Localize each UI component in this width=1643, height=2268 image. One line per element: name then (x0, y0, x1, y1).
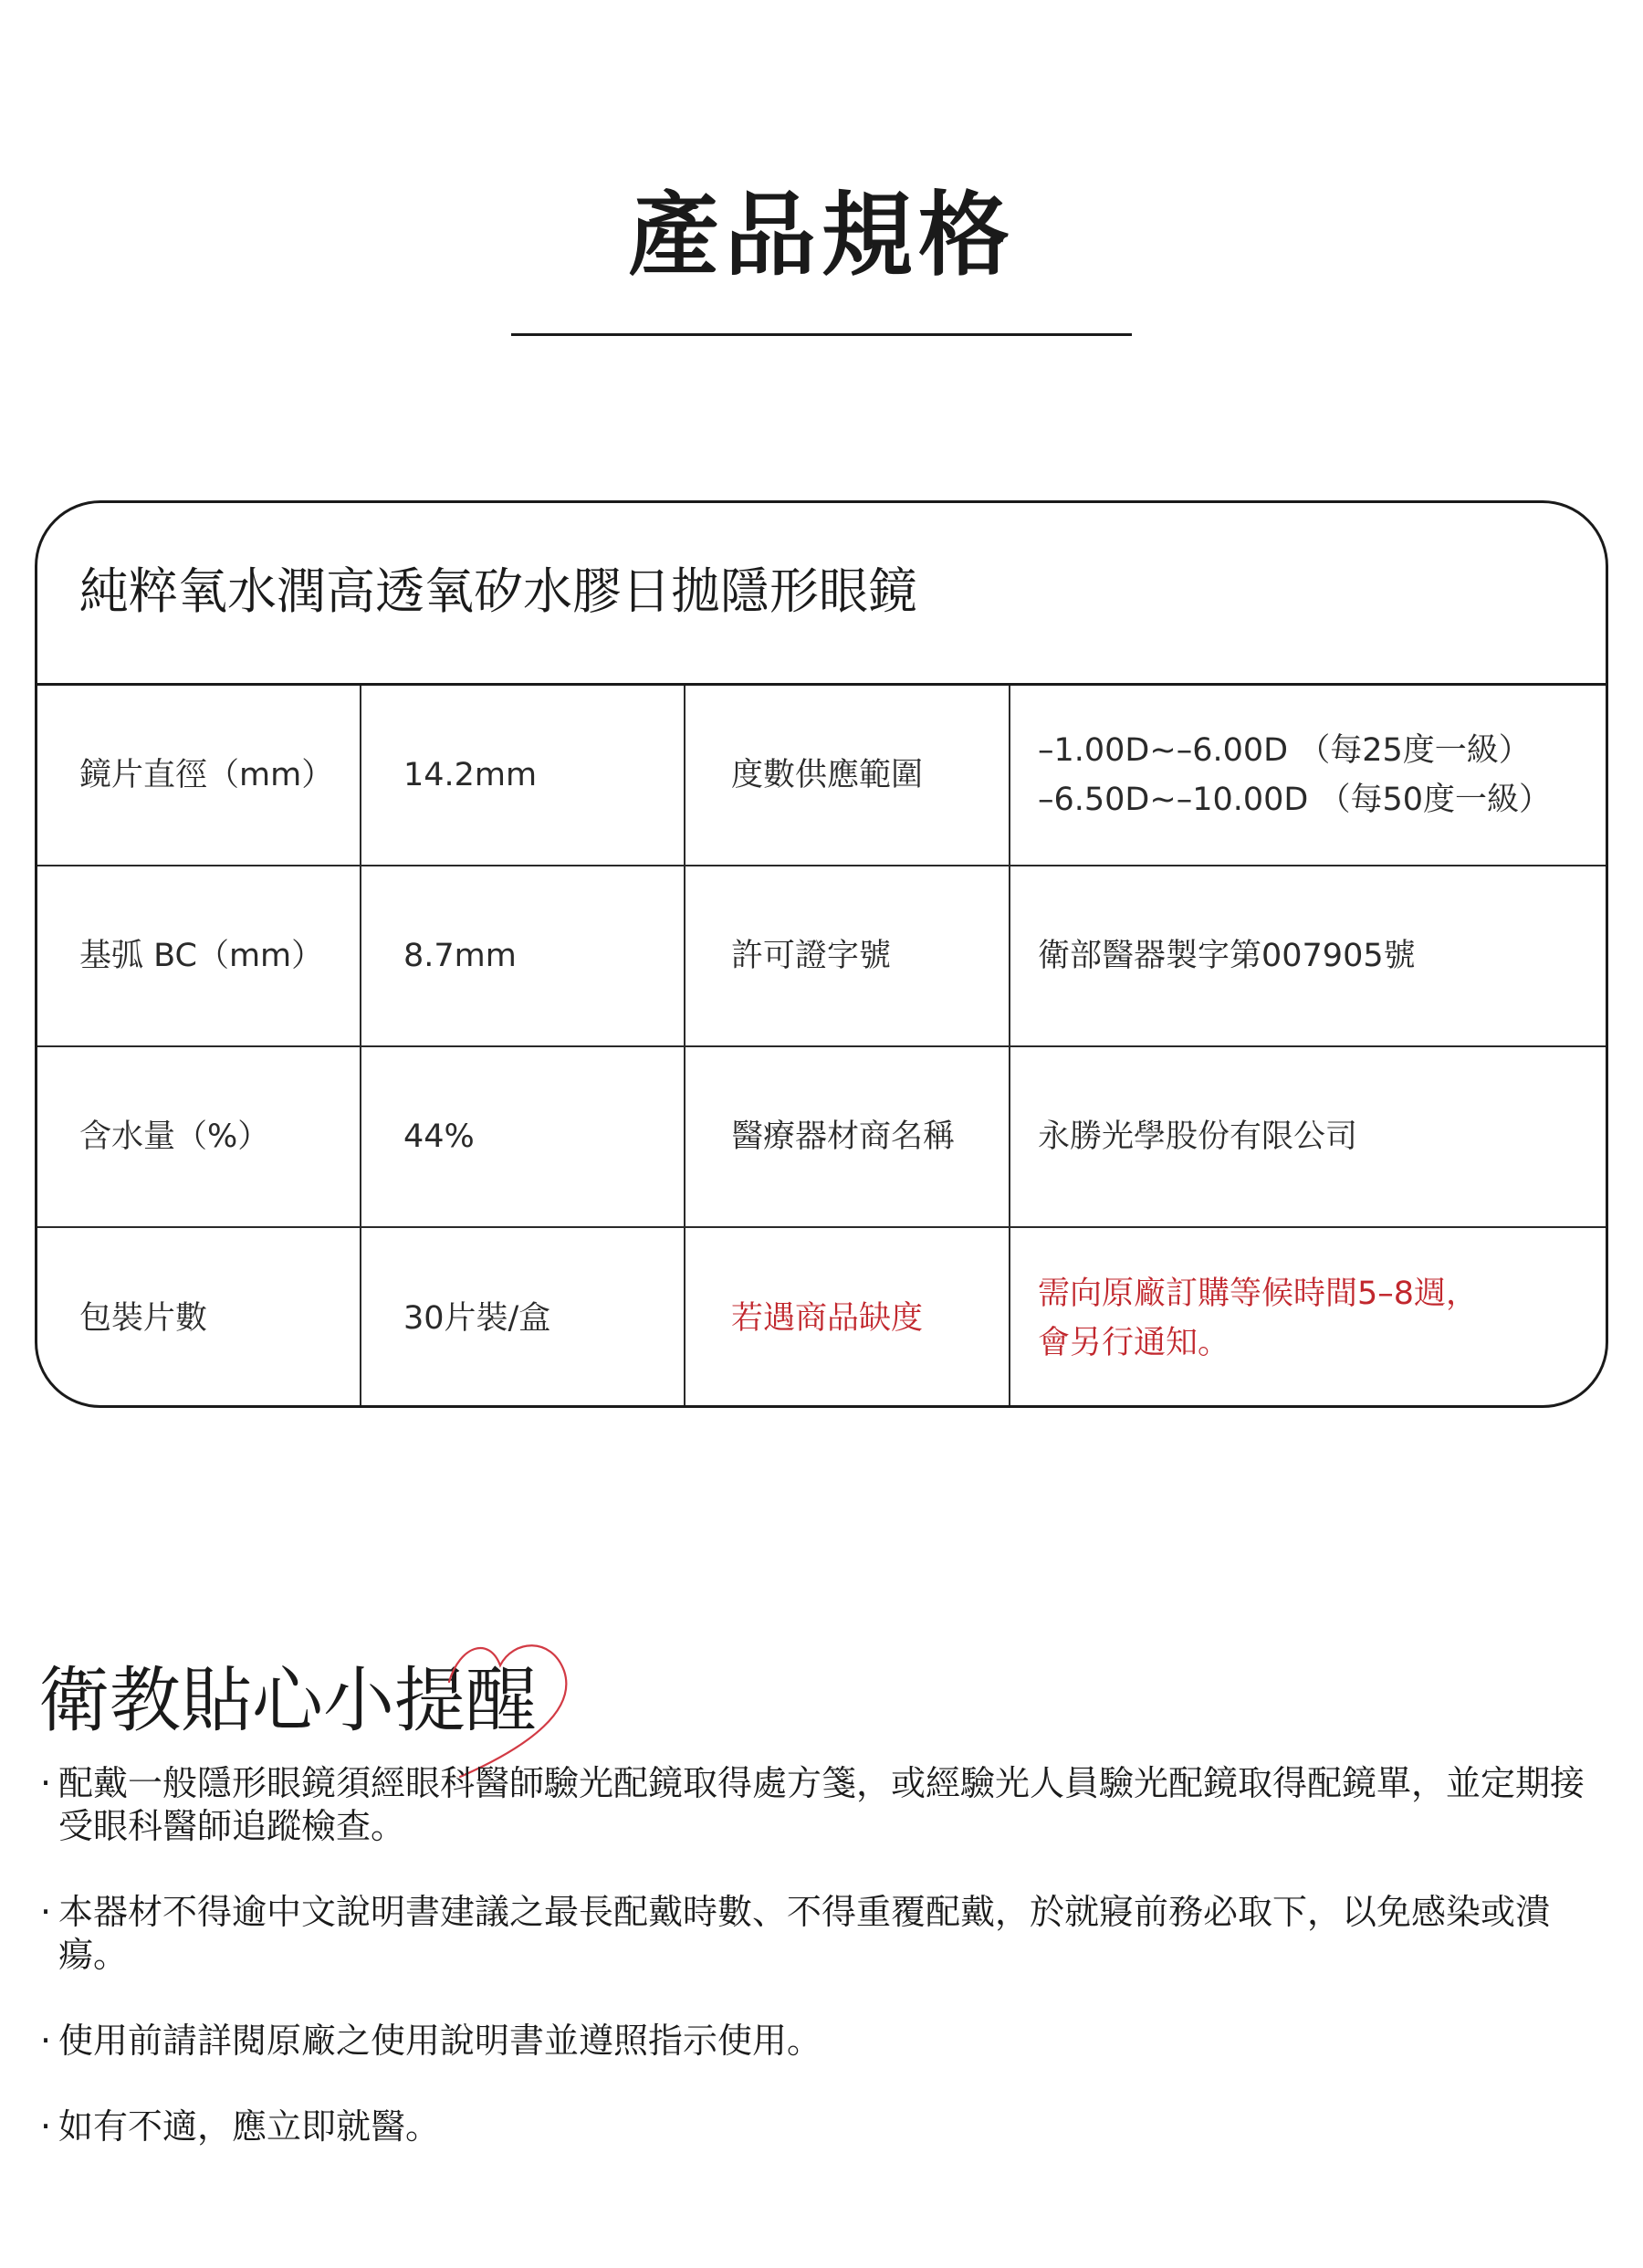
spec-value: 衛部醫器製字第007905號 (1010, 866, 1608, 1045)
title-divider (511, 333, 1132, 336)
spec-label: 包裝片數 (37, 1228, 361, 1408)
spec-value-line: –6.50D~–10.00D （每50度一級） (1038, 775, 1551, 824)
spec-grid: 鏡片直徑（mm） 14.2mm 度數供應範圍 –1.00D~–6.00D （每2… (37, 686, 1606, 1408)
spec-table: 純粹氧水潤高透氧矽水膠日拋隱形眼鏡 鏡片直徑（mm） 14.2mm 度數供應範圍… (35, 500, 1608, 1408)
table-row: 包裝片數 30片裝/盒 若遇商品缺度 需向原廠訂購等候時間5–8週， 會另行通知… (37, 1228, 1606, 1408)
table-row: 鏡片直徑（mm） 14.2mm 度數供應範圍 –1.00D~–6.00D （每2… (37, 686, 1606, 866)
spec-label: 度數供應範圍 (685, 686, 1010, 865)
page-title: 產品規格 (0, 181, 1643, 290)
tip-text: 使用前請詳閱原廠之使用說明書並遵照指示使用。 (58, 2021, 821, 2061)
table-row: 含水量（%） 44% 醫療器材商名稱 永勝光學股份有限公司 (37, 1047, 1606, 1228)
bullet: · (40, 2020, 58, 2063)
spec-value: 永勝光學股份有限公司 (1010, 1047, 1608, 1226)
list-item: · 配戴一般隱形眼鏡須經眼科醫師驗光配鏡取得處方箋，或經驗光人員驗光配鏡取得配鏡… (40, 1762, 1610, 1848)
tip-text: 配戴一般隱形眼鏡須經眼科醫師驗光配鏡取得處方箋，或經驗光人員驗光配鏡取得配鏡單，… (58, 1763, 1585, 1846)
tip-text: 本器材不得逾中文說明書建議之最長配戴時數、不得重覆配戴，於就寢前務必取下，以免感… (58, 1892, 1550, 1975)
spec-value: 44% (361, 1047, 685, 1226)
heart-outline-icon (444, 1627, 571, 1780)
table-row: 基弧 BC（mm） 8.7mm 許可證字號 衛部醫器製字第007905號 (37, 866, 1606, 1047)
spec-value-line: 會另行通知。 (1038, 1318, 1478, 1368)
spec-label: 許可證字號 (685, 866, 1010, 1045)
tips-list: · 配戴一般隱形眼鏡須經眼科醫師驗光配鏡取得處方箋，或經驗光人員驗光配鏡取得配鏡… (40, 1762, 1610, 2191)
list-item: · 使用前請詳閱原廠之使用說明書並遵照指示使用。 (40, 2020, 1610, 2063)
spec-table-header: 純粹氧水潤高透氧矽水膠日拋隱形眼鏡 (37, 503, 1606, 686)
tip-text: 如有不適，應立即就醫。 (58, 2106, 440, 2147)
spec-label: 醫療器材商名稱 (685, 1047, 1010, 1226)
list-item: · 如有不適，應立即就醫。 (40, 2105, 1610, 2148)
spec-value-line: 需向原廠訂購等候時間5–8週， (1038, 1269, 1478, 1318)
spec-value-line: –1.00D~–6.00D （每25度一級） (1038, 726, 1551, 775)
spec-label: 含水量（%） (37, 1047, 361, 1226)
bullet: · (40, 2105, 58, 2148)
bullet: · (40, 1762, 58, 1805)
product-name: 純粹氧水潤高透氧矽水膠日拋隱形眼鏡 (79, 560, 917, 624)
spec-value: 30片裝/盒 (361, 1228, 685, 1408)
spec-value: –1.00D~–6.00D （每25度一級） –6.50D~–10.00D （每… (1010, 686, 1608, 865)
list-item: · 本器材不得逾中文說明書建議之最長配戴時數、不得重覆配戴，於就寢前務必取下，以… (40, 1891, 1610, 1977)
spec-value: 14.2mm (361, 686, 685, 865)
spec-value: 8.7mm (361, 866, 685, 1045)
bullet: · (40, 1891, 58, 1934)
spec-label: 鏡片直徑（mm） (37, 686, 361, 865)
spec-label: 基弧 BC（mm） (37, 866, 361, 1045)
out-of-stock-label: 若遇商品缺度 (685, 1228, 1010, 1408)
out-of-stock-note: 需向原廠訂購等候時間5–8週， 會另行通知。 (1010, 1228, 1608, 1408)
